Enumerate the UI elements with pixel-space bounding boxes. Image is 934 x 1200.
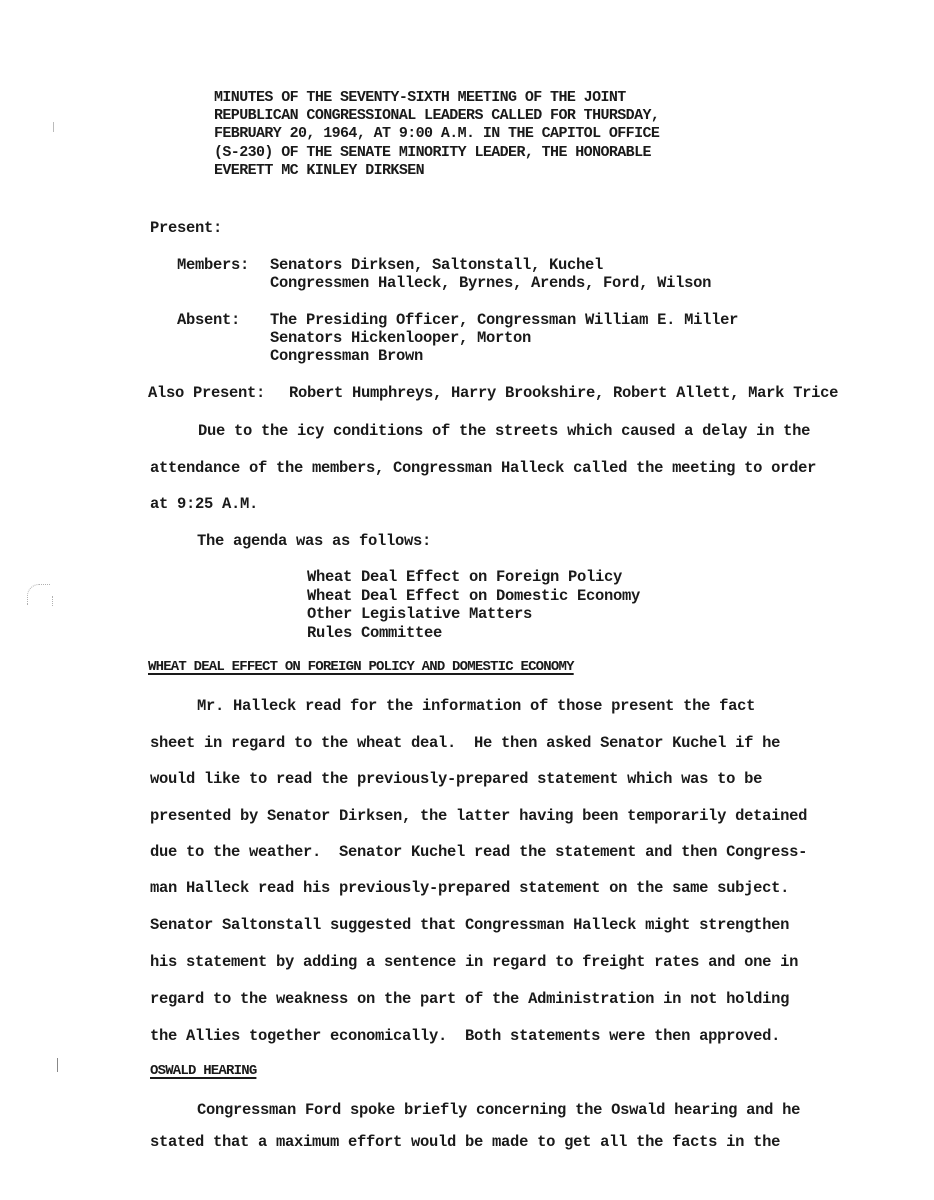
absent-line: The Presiding Officer, Congressman Willi… bbox=[270, 311, 738, 329]
absent-line: Congressman Brown bbox=[270, 347, 423, 365]
members-line: Congressmen Halleck, Byrnes, Arends, For… bbox=[270, 274, 711, 292]
paragraph-line: his statement by adding a sentence in re… bbox=[150, 953, 798, 971]
paragraph-line: Senator Saltonstall suggested that Congr… bbox=[150, 916, 789, 934]
paragraph-line: at 9:25 A.M. bbox=[150, 495, 258, 513]
section-heading: OSWALD HEARING bbox=[150, 1063, 256, 1079]
paragraph-line: presented by Senator Dirksen, the latter… bbox=[150, 807, 807, 825]
agenda-intro: The agenda was as follows: bbox=[197, 532, 431, 550]
paragraph-line: sheet in regard to the wheat deal. He th… bbox=[150, 734, 780, 752]
also-present-names: Robert Humphreys, Harry Brookshire, Robe… bbox=[289, 384, 838, 402]
absent-label: Absent: bbox=[177, 311, 240, 329]
paragraph-line: the Allies together economically. Both s… bbox=[150, 1027, 780, 1045]
title-line: (S-230) OF THE SENATE MINORITY LEADER, T… bbox=[214, 144, 651, 161]
present-label: Present: bbox=[150, 219, 222, 237]
scan-mark bbox=[53, 122, 55, 132]
absent-line: Senators Hickenlooper, Morton bbox=[270, 329, 531, 347]
agenda-item: Rules Committee bbox=[307, 624, 442, 642]
paragraph-line: attendance of the members, Congressman H… bbox=[150, 459, 816, 477]
paragraph-line: Mr. Halleck read for the information of … bbox=[197, 697, 755, 715]
scan-mark bbox=[52, 596, 55, 606]
title-line: REPUBLICAN CONGRESSIONAL LEADERS CALLED … bbox=[214, 107, 659, 124]
also-present-label: Also Present: bbox=[148, 384, 265, 402]
paragraph-line: would like to read the previously-prepar… bbox=[150, 770, 762, 788]
paragraph-line: Due to the icy conditions of the streets… bbox=[198, 422, 810, 440]
title-line: EVERETT MC KINLEY DIRKSEN bbox=[214, 162, 424, 179]
agenda-item: Wheat Deal Effect on Foreign Policy bbox=[307, 568, 622, 586]
paragraph-line: Congressman Ford spoke briefly concernin… bbox=[197, 1101, 800, 1119]
section-heading: WHEAT DEAL EFFECT ON FOREIGN POLICY AND … bbox=[148, 659, 574, 675]
members-label: Members: bbox=[177, 256, 249, 274]
members-line: Senators Dirksen, Saltonstall, Kuchel bbox=[270, 256, 603, 274]
agenda-item: Other Legislative Matters bbox=[307, 605, 532, 623]
paragraph-line: man Halleck read his previously-prepared… bbox=[150, 879, 789, 897]
paragraph-line: stated that a maximum effort would be ma… bbox=[150, 1133, 780, 1151]
scan-mark bbox=[57, 1058, 59, 1072]
title-line: FEBRUARY 20, 1964, AT 9:00 A.M. IN THE C… bbox=[214, 125, 659, 142]
paragraph-line: regard to the weakness on the part of th… bbox=[150, 990, 789, 1008]
title-line: MINUTES OF THE SEVENTY-SIXTH MEETING OF … bbox=[214, 89, 626, 106]
agenda-item: Wheat Deal Effect on Domestic Economy bbox=[307, 587, 640, 605]
scan-mark bbox=[27, 584, 50, 605]
paragraph-line: due to the weather. Senator Kuchel read … bbox=[150, 843, 807, 861]
